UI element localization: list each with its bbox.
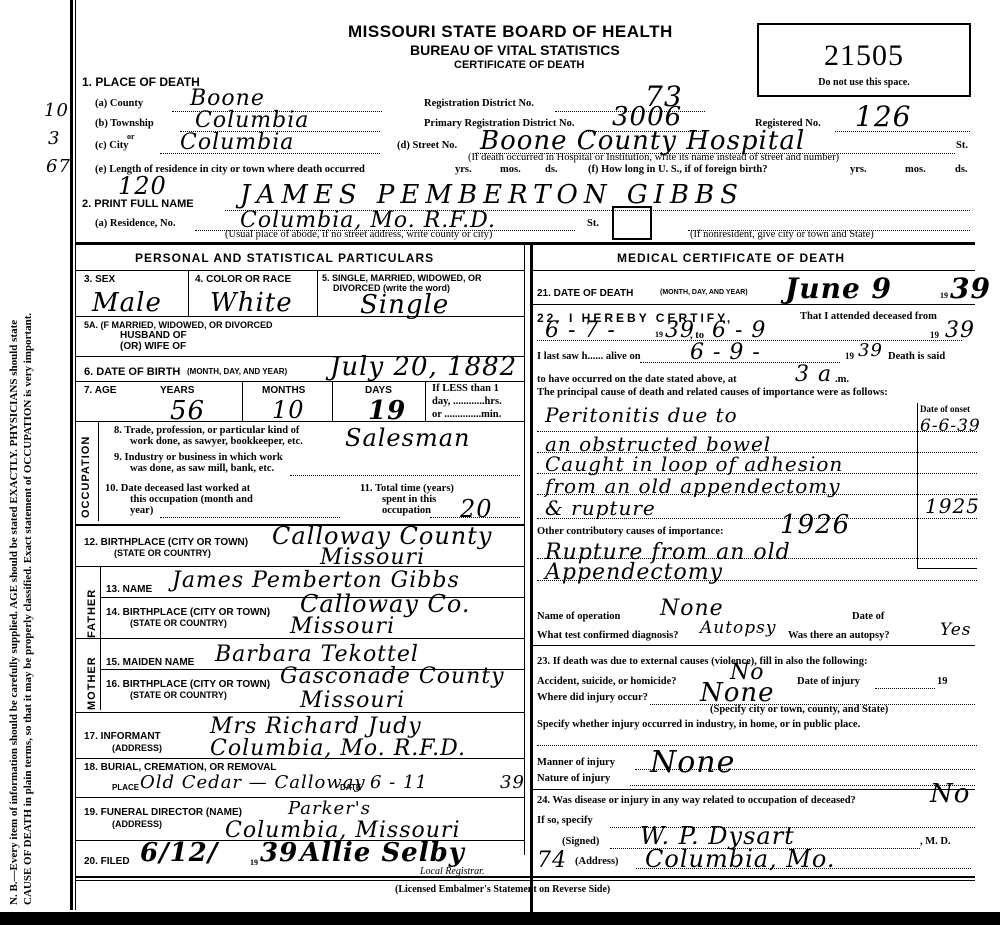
occupation-related-label: 24. Was disease or injury in any way rel… bbox=[537, 795, 856, 806]
last-worked-label-2: this occupation (month and bbox=[130, 494, 253, 505]
total-time-label: 11. Total time (years) bbox=[360, 483, 454, 494]
filed-year-prefix: 19 bbox=[250, 858, 258, 867]
attended-to-year: 39 bbox=[945, 318, 975, 343]
cause-line-1: Peritonitis due to bbox=[545, 403, 738, 427]
residence-st-box bbox=[612, 206, 652, 240]
father-birthplace-state: Missouri bbox=[290, 614, 395, 639]
cause-line-5: & rupture bbox=[545, 496, 656, 520]
full-name-label: 2. PRINT FULL NAME bbox=[82, 198, 194, 210]
burial-place-value: Old Cedar — Calloway bbox=[140, 772, 366, 793]
test-value: Autopsy bbox=[700, 618, 777, 638]
last-saw-year-prefix: 19 bbox=[845, 351, 854, 361]
autopsy-value: Yes bbox=[940, 620, 972, 640]
bureau-title: BUREAU OF VITAL STATISTICS bbox=[410, 42, 620, 58]
injury-year-prefix: 19 bbox=[937, 676, 948, 687]
less-min: or ..............min. bbox=[432, 409, 501, 420]
race-value: White bbox=[210, 288, 293, 318]
last-saw-year: 39 bbox=[858, 340, 883, 361]
city-value: Columbia bbox=[180, 130, 294, 155]
foreign-yrs-label: yrs. bbox=[850, 164, 867, 175]
cause-intro: The principal cause of death and related… bbox=[537, 387, 888, 398]
margin-note-3: 67 bbox=[46, 156, 71, 177]
mother-birthplace-label-2: (STATE OR COUNTRY) bbox=[130, 690, 227, 700]
column-divider bbox=[530, 245, 533, 913]
father-side-label: FATHER bbox=[86, 589, 98, 638]
industry-label-2: was done, as saw mill, bank, etc. bbox=[130, 463, 274, 474]
file-note: Do not use this space. bbox=[759, 77, 969, 88]
street-label: (d) Street No. bbox=[397, 140, 457, 151]
residence-length-value: 120 bbox=[118, 172, 167, 200]
manner-label: Manner of injury bbox=[537, 757, 615, 768]
dod-year-prefix: 19 bbox=[940, 291, 948, 300]
certificate-title: CERTIFICATE OF DEATH bbox=[454, 59, 584, 71]
manner-value: None bbox=[650, 745, 735, 780]
occurred-label: to have occurred on the date stated abov… bbox=[537, 374, 737, 385]
filed-date: 6/12/ bbox=[140, 838, 218, 868]
funeral-director-label: 19. FUNERAL DIRECTOR (NAME) bbox=[84, 807, 242, 818]
father-birthplace-label-2: (STATE OR COUNTRY) bbox=[130, 618, 227, 628]
maiden-name-label: 15. MAIDEN NAME bbox=[106, 657, 194, 668]
nonresident-note: (If nonresident, give city or town and S… bbox=[690, 229, 874, 240]
file-number: 21505 bbox=[759, 39, 969, 73]
autopsy-label: Was there an autopsy? bbox=[788, 630, 890, 641]
personal-heading: PERSONAL AND STATISTICAL PARTICULARS bbox=[135, 251, 434, 265]
age-months: 10 bbox=[272, 396, 305, 424]
filed-label: 20. FILED bbox=[84, 856, 130, 867]
place-of-death-label: 1. PLACE OF DEATH bbox=[82, 75, 200, 89]
total-time-label-2: spent in this bbox=[382, 494, 436, 505]
spouse-label-2: HUSBAND OF bbox=[120, 330, 187, 341]
file-number-box: 21505 Do not use this space. bbox=[757, 23, 971, 97]
spouse-label-3: (OR) WIFE OF bbox=[120, 341, 186, 352]
local-registrar-signature: Allie Selby bbox=[300, 838, 465, 868]
where-label: Where did injury occur? bbox=[537, 692, 648, 703]
dob-label: 6. DATE OF BIRTH bbox=[84, 366, 180, 378]
city-label: (c) City bbox=[95, 140, 129, 151]
trade-value: Salesman bbox=[345, 424, 470, 452]
full-name-value: JAMES PEMBERTON GIBBS bbox=[240, 180, 744, 210]
side-instruction-line-1: N. B.—Every item of information should b… bbox=[8, 320, 20, 905]
left-border bbox=[70, 0, 73, 910]
dob-sublabel: (MONTH, DAY, AND YEAR) bbox=[187, 367, 287, 376]
months-label: MONTHS bbox=[262, 385, 305, 396]
county-label: (a) County bbox=[95, 98, 143, 109]
dob-value: July 20, 1882 bbox=[330, 352, 517, 382]
father-birthplace-label: 14. BIRTHPLACE (CITY OR TOWN) bbox=[106, 607, 270, 618]
nature-label: Nature of injury bbox=[537, 773, 610, 784]
reg-district-label: Registration District No. bbox=[424, 98, 534, 109]
certify-text: That I attended deceased from bbox=[800, 311, 937, 322]
signed-label: (Signed) bbox=[562, 836, 599, 847]
registered-value: 126 bbox=[855, 100, 911, 133]
margin-year-note: 1926 bbox=[780, 510, 850, 540]
less-label: If LESS than 1 bbox=[432, 383, 499, 394]
external-causes-label: 23. If death was due to external causes … bbox=[537, 656, 867, 667]
attended-to-year-prefix: 19 bbox=[930, 330, 939, 340]
where-note: (Specify city or town, county, and State… bbox=[710, 704, 888, 715]
informant-label: 17. INFORMANT bbox=[84, 731, 161, 742]
yrs-label: yrs. bbox=[455, 164, 472, 175]
birthplace-label: 12. BIRTHPLACE (CITY OR TOWN) bbox=[84, 537, 248, 548]
operation-label: Name of operation bbox=[537, 611, 620, 622]
embalmer-note: (Licensed Embalmer's Statement on Revers… bbox=[395, 884, 610, 895]
dod-sublabel: (MONTH, DAY, AND YEAR) bbox=[660, 289, 748, 296]
onset-1: 6-6-39 bbox=[920, 416, 981, 436]
address-label: (Address) bbox=[575, 856, 619, 867]
total-time-value: 20 bbox=[460, 495, 493, 523]
death-said-label: Death is said bbox=[888, 351, 945, 362]
side-instruction-line-2: CAUSE OF DEATH in plain terms, so that i… bbox=[22, 313, 34, 905]
time-suffix: .m. bbox=[835, 374, 849, 385]
funeral-director-label-2: (ADDRESS) bbox=[112, 819, 162, 829]
physician-number: 74 bbox=[537, 848, 567, 873]
ds-label: ds. bbox=[545, 164, 558, 175]
foreign-mos-label: mos. bbox=[905, 164, 926, 175]
mother-side-label: MOTHER bbox=[86, 656, 98, 710]
sex-value: Male bbox=[92, 288, 162, 318]
sex-label: 3. SEX bbox=[84, 274, 115, 285]
race-label: 4. COLOR OR RACE bbox=[195, 274, 291, 285]
time-of-death: 3 a bbox=[795, 362, 832, 387]
years-label: YEARS bbox=[160, 385, 194, 396]
medical-heading: MEDICAL CERTIFICATE OF DEATH bbox=[617, 251, 845, 265]
street-note: (If death occurred in Hospital or Instit… bbox=[468, 152, 839, 163]
accident-label: Accident, suicide, or homicide? bbox=[537, 676, 677, 687]
test-label: What test confirmed diagnosis? bbox=[537, 630, 678, 641]
physician-address: Columbia, Mo. bbox=[645, 845, 836, 873]
industry-label: 9. Industry or business in which work bbox=[114, 452, 283, 463]
trade-label: 8. Trade, profession, or particular kind… bbox=[114, 425, 299, 436]
md-label: , M. D. bbox=[920, 836, 951, 847]
last-worked-label: 10. Date deceased last worked at bbox=[105, 483, 250, 494]
scan-edge bbox=[0, 912, 1000, 925]
residence-note: (Usual place of abode, if no street addr… bbox=[225, 229, 492, 240]
attended-from-year-prefix: 19 bbox=[655, 330, 663, 339]
occupation-side-label: OCCUPATION bbox=[80, 436, 92, 518]
last-worked-label-3: year) bbox=[130, 505, 153, 516]
mother-birthplace-state: Missouri bbox=[300, 688, 405, 713]
margin-note-2: 3 bbox=[48, 128, 60, 149]
operation-date-label: Date of bbox=[852, 611, 884, 622]
burial-date-label: DATE bbox=[340, 783, 361, 792]
foreign-ds-label: ds. bbox=[955, 164, 968, 175]
mos-label: mos. bbox=[500, 164, 521, 175]
onset-5: 1925 bbox=[925, 494, 980, 518]
less-hrs: day, ............hrs. bbox=[432, 396, 502, 407]
mother-birthplace-city: Gasconade County bbox=[280, 664, 505, 689]
last-saw-date: 6 - 9 - bbox=[690, 340, 761, 365]
attended-from: 6 - 7 - bbox=[545, 318, 616, 343]
funeral-director-name: Parker's bbox=[288, 798, 371, 819]
other-causes-label: Other contributory causes of importance: bbox=[537, 526, 723, 537]
left-border-inner bbox=[75, 0, 76, 910]
occupation-related-value: No bbox=[930, 779, 970, 809]
age-label: 7. AGE bbox=[84, 385, 116, 396]
burial-place-label: PLACE bbox=[112, 783, 139, 792]
dod-year: 39 bbox=[950, 272, 991, 305]
burial-year-value: 39 bbox=[500, 772, 525, 793]
mother-birthplace-label: 16. BIRTHPLACE (CITY OR TOWN) bbox=[106, 679, 270, 690]
dod-value: June 9 bbox=[785, 272, 892, 305]
other-cause-2: Appendectomy bbox=[545, 560, 723, 585]
if-so-label: If so, specify bbox=[537, 815, 593, 826]
residence-st-label: St. bbox=[587, 218, 599, 229]
foreign-label: (f) How long in U. S., if of foreign bir… bbox=[588, 164, 767, 175]
burial-date-value: 6 - 11 bbox=[370, 772, 428, 793]
marital-label: 5. SINGLE, MARRIED, WIDOWED, OR bbox=[322, 273, 482, 283]
trade-label-2: work done, as sawyer, bookkeeper, etc. bbox=[130, 436, 303, 447]
injury-date-label: Date of injury bbox=[797, 676, 860, 687]
onset-label: Date of onset bbox=[920, 404, 970, 414]
spouse-label: 5A. (F MARRIED, WIDOWED, OR DIVORCED bbox=[84, 320, 273, 330]
specify-injury-label: Specify whether injury occurred in indus… bbox=[537, 719, 860, 730]
street-st-label: St. bbox=[956, 140, 968, 151]
filed-year: 39 bbox=[260, 838, 298, 868]
informant-label-2: (ADDRESS) bbox=[112, 743, 162, 753]
township-label: (b) Township bbox=[95, 118, 154, 129]
form-title: MISSOURI STATE BOARD OF HEALTH bbox=[348, 22, 673, 42]
residence-label: (a) Residence, No. bbox=[95, 218, 175, 229]
last-saw-label: I last saw h...... alive on bbox=[537, 351, 641, 362]
birthplace-label-2: (STATE OR COUNTRY) bbox=[114, 548, 211, 558]
margin-note-1: 10 bbox=[44, 100, 69, 121]
total-time-label-3: occupation bbox=[382, 505, 431, 516]
dod-label: 21. DATE OF DEATH bbox=[537, 288, 633, 299]
father-name-label: 13. NAME bbox=[106, 584, 152, 595]
days-label: DAYS bbox=[365, 385, 392, 396]
